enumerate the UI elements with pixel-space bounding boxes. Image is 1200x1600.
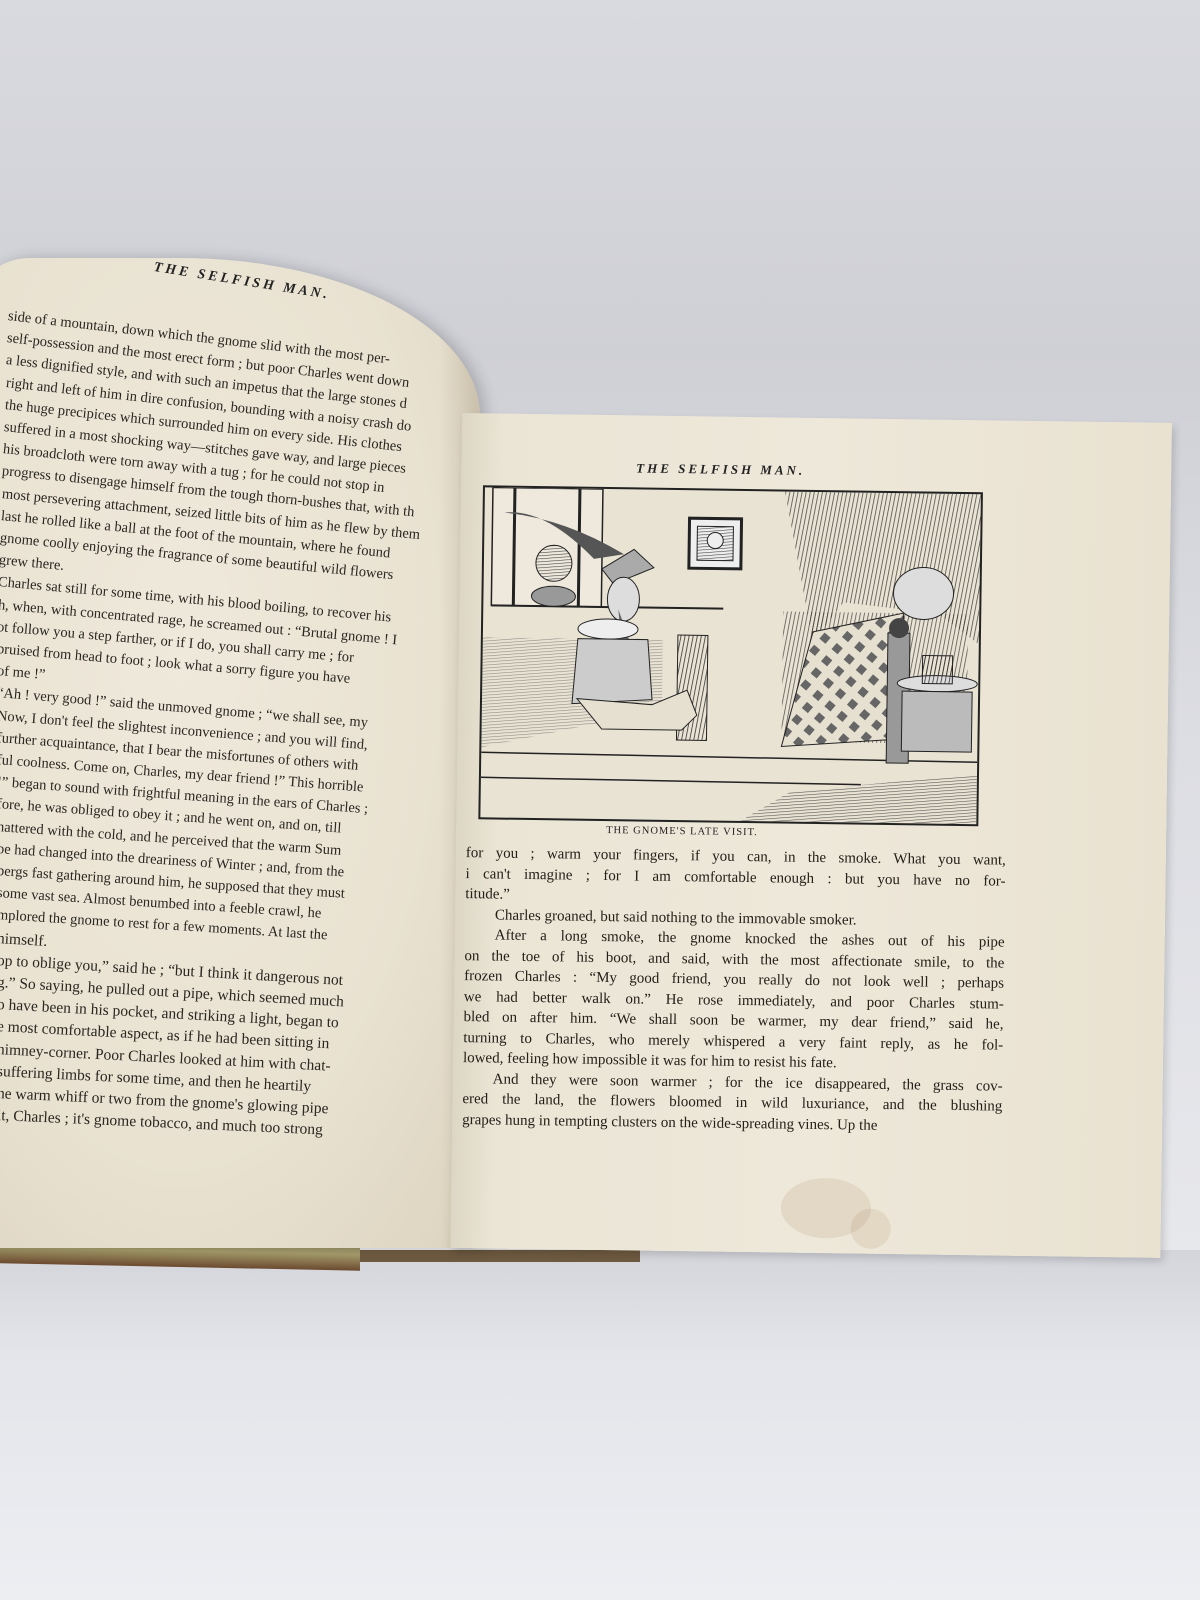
engraving-illustration: [478, 485, 983, 826]
paragraph: After a long smoke, the gnome knocked th…: [463, 925, 1005, 1076]
paragraph: And they were soon warmer ; for the ice …: [462, 1069, 1003, 1138]
book-spine-edge: [360, 1250, 640, 1262]
left-running-head: THE SELFISH MAN.: [152, 260, 331, 304]
left-page-line: himself.: [0, 930, 48, 951]
right-page: THE SELFISH MAN.: [450, 413, 1172, 1258]
table-surface: [0, 1250, 1200, 1600]
illustration-caption: THE GNOME'S LATE VISIT.: [606, 825, 758, 838]
left-page-line: grew there.: [0, 552, 65, 575]
right-page-text: for you ; warm your fingers, if you can,…: [462, 843, 1006, 1138]
left-page-line: of me !”: [0, 663, 46, 684]
left-page: THE SELFISH MAN. side of a mountain, dow…: [0, 258, 480, 1248]
paper-stain: [850, 1209, 891, 1250]
right-running-head: THE SELFISH MAN.: [636, 460, 805, 478]
paragraph: for you ; warm your fingers, if you can,…: [465, 843, 1006, 912]
